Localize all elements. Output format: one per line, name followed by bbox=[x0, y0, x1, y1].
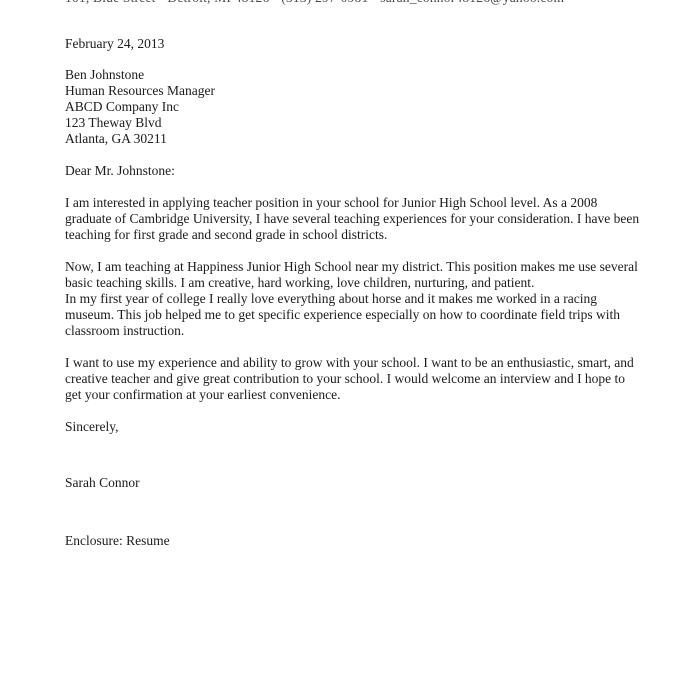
enclosure-note: Enclosure: Resume bbox=[65, 533, 643, 549]
recipient-block: Ben Johnstone Human Resources Manager AB… bbox=[65, 67, 643, 147]
letter-page: 101, Blue Street · Detroit, MI 48126 · (… bbox=[0, 0, 700, 700]
body-paragraph-3: I want to use my experience and ability … bbox=[65, 355, 643, 403]
letter-body: February 24, 2013 Ben Johnstone Human Re… bbox=[65, 0, 643, 549]
recipient-title: Human Resources Manager bbox=[65, 83, 643, 99]
body-paragraph-2: Now, I am teaching at Happiness Junior H… bbox=[65, 259, 643, 339]
signature-name: Sarah Connor bbox=[65, 475, 643, 491]
recipient-company: ABCD Company Inc bbox=[65, 99, 643, 115]
recipient-city: Atlanta, GA 30211 bbox=[65, 131, 643, 147]
recipient-street: 123 Theway Blvd bbox=[65, 115, 643, 131]
closing: Sincerely, bbox=[65, 419, 643, 435]
salutation: Dear Mr. Johnstone: bbox=[65, 163, 643, 179]
date-line: February 24, 2013 bbox=[65, 36, 643, 52]
body-paragraph-1: I am interested in applying teacher posi… bbox=[65, 195, 643, 243]
recipient-name: Ben Johnstone bbox=[65, 67, 643, 83]
